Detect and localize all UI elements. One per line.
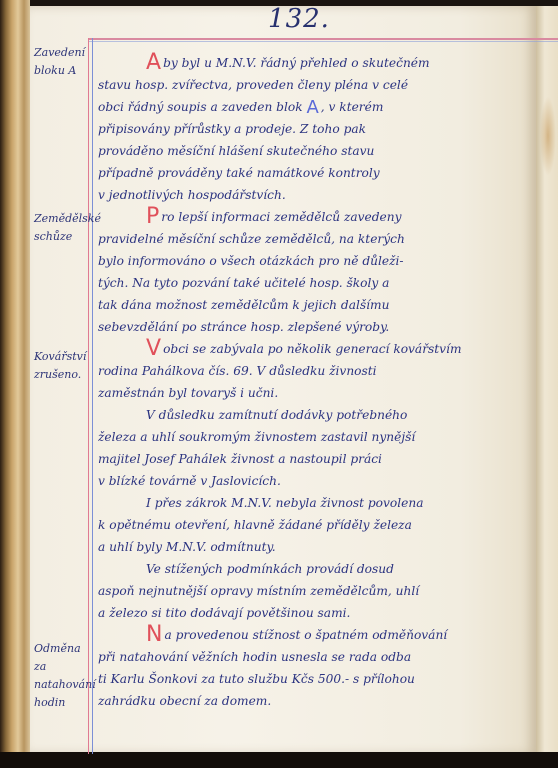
page-number: 132. [0,4,558,34]
text-line: V důsledku zamítnutí dodávky potřebného [98,404,530,426]
margin-note-clock-reward: Odměna za natahování hodin [34,640,88,712]
handwritten-body: Aby byl u M.N.V. řádný přehled o skutečn… [98,52,530,712]
red-initial: A [146,52,161,74]
red-initial: P [146,206,159,228]
blue-initial: A [306,97,318,118]
text-line: a železo si tito dodávají povětšinou sam… [98,602,530,624]
text-line: Pro lepší informaci zemědělců zavedeny [98,206,530,228]
red-initial: N [146,624,162,646]
next-page-edge [536,6,558,754]
header-rule-blue [88,41,558,42]
text-line: v jednotlivých hospodářstvích. [98,184,530,206]
text-line: a uhlí byly M.N.V. odmítnuty. [98,536,530,558]
header-rule [88,38,558,40]
text-line: I přes zákrok M.N.V. nebyla živnost povo… [98,492,530,514]
text-line: stavu hosp. zvířectva, proveden členy pl… [98,74,530,96]
text-line: zahrádku obecní za domem. [98,690,530,712]
scan-border [0,752,558,768]
margin-note-smithy-closed: Kovářství zrušeno. [34,348,88,384]
text-line: tak dána možnost zemědělcům k jejich dal… [98,294,530,316]
text-line: tých. Na tyto pozvání také učitelé hosp.… [98,272,530,294]
text-line: případně prováděny také namátkové kontro… [98,162,530,184]
text-line: aspoň nejnutnější opravy místním zeměděl… [98,580,530,602]
margin-note-block-a: Zavedení bloku A [34,44,88,80]
text-line: Vobci se zabývala po několik generací ko… [98,338,530,360]
text-line: k opětnému otevření, hlavně žádané přídě… [98,514,530,536]
margin-rule-red [88,38,89,754]
text-line: připisovány přírůstky a prodeje. Z toho … [98,118,530,140]
text-line: sebevzdělání po stránce hosp. zlepšené v… [98,316,530,338]
text-line: zaměstnán byl tovaryš i učni. [98,382,530,404]
text-line: pravidelné měsíční schůze zemědělců, na … [98,228,530,250]
text-line: obci řádný soupis a zaveden blok A, v kt… [98,96,530,118]
margin-note-farmer-meetings: Zemědělské schůze [34,210,88,246]
text-line: Na provedenou stížnost o špatném odměňov… [98,624,530,646]
text-line: rodina Pahálkova čís. 69. V důsledku živ… [98,360,530,382]
text-line: Ve stížených podmínkách provádí dosud [98,558,530,580]
text-line: železa a uhlí soukromým živnostem zastav… [98,426,530,448]
margin-rule-blue [92,38,93,754]
text-line: prováděno měsíční hlášení skutečného sta… [98,140,530,162]
red-initial: V [146,338,161,360]
text-line: ti Karlu Šonkovi za tuto službu Kčs 500.… [98,668,530,690]
book-spine-edge [0,0,30,768]
text-line: Aby byl u M.N.V. řádný přehled o skutečn… [98,52,530,74]
text-line: majitel Josef Pahálek živnost a nastoupi… [98,448,530,470]
text-line: bylo informováno o všech otázkách pro ně… [98,250,530,272]
text-line: v blízké továrně v Jaslovicích. [98,470,530,492]
paper-stain [540,96,556,176]
text-line: při natahování věžních hodin usnesla se … [98,646,530,668]
